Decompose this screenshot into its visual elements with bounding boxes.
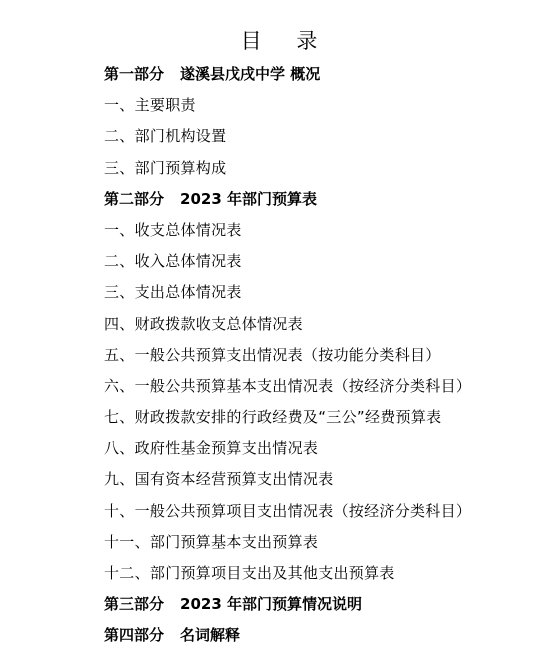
page-title: 目 录 — [0, 26, 558, 56]
toc-item-main-duties: 一、主要职责 — [104, 93, 544, 124]
part-label: 第一部分 — [104, 62, 164, 86]
toc-item-table-3: 三、支出总体情况表 — [104, 280, 544, 311]
part-title: 2023 年部门预算情况说明 — [180, 595, 362, 613]
toc-item-table-6: 六、一般公共预算基本支出情况表（按经济分类科目） — [104, 374, 544, 405]
part-label: 第四部分 — [104, 623, 164, 647]
toc-part-3: 第三部分2023 年部门预算情况说明 — [104, 592, 544, 623]
table-of-contents: 第一部分遂溪县戊戌中学 概况 一、主要职责 二、部门机构设置 三、部门预算构成 … — [104, 62, 544, 654]
toc-item-table-5: 五、一般公共预算支出情况表（按功能分类科目） — [104, 343, 544, 374]
part-title: 2023 年部门预算表 — [180, 190, 317, 208]
toc-item-budget-composition: 三、部门预算构成 — [104, 156, 544, 187]
part-label: 第二部分 — [104, 187, 164, 211]
toc-item-table-11: 十一、部门预算基本支出预算表 — [104, 530, 544, 561]
toc-part-4: 第四部分名词解释 — [104, 623, 544, 654]
toc-item-org-structure: 二、部门机构设置 — [104, 124, 544, 155]
part-title: 遂溪县戊戌中学 概况 — [180, 65, 320, 83]
toc-item-table-8: 八、政府性基金预算支出情况表 — [104, 436, 544, 467]
toc-item-table-4: 四、财政拨款收支总体情况表 — [104, 312, 544, 343]
toc-item-table-12: 十二、部门预算项目支出及其他支出预算表 — [104, 561, 544, 592]
toc-item-table-7: 七、财政拨款安排的行政经费及“三公”经费预算表 — [104, 405, 544, 436]
toc-part-1: 第一部分遂溪县戊戌中学 概况 — [104, 62, 544, 93]
part-label: 第三部分 — [104, 592, 164, 616]
toc-item-table-2: 二、收入总体情况表 — [104, 249, 544, 280]
part-title: 名词解释 — [180, 626, 240, 644]
toc-part-2: 第二部分2023 年部门预算表 — [104, 187, 544, 218]
toc-item-table-10: 十、一般公共预算项目支出情况表（按经济分类科目） — [104, 499, 544, 530]
toc-item-table-9: 九、国有资本经营预算支出情况表 — [104, 467, 544, 498]
toc-item-table-1: 一、收支总体情况表 — [104, 218, 544, 249]
